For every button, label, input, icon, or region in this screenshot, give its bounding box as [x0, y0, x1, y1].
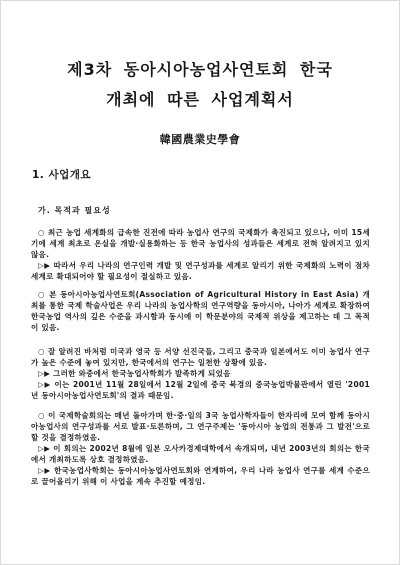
organization-name: 韓國農業史學會	[1, 131, 399, 147]
subsection-heading: 가. 목적과 필요성	[38, 205, 399, 216]
body-paragraph: ▷▶ 그러한 와중에서 한국농업사학회가 발족하게 되었음	[31, 368, 370, 379]
body-text: ○ 최근 농업 세계화의 급속한 진전에 따라 농업사 연구의 국제화가 촉진되…	[31, 227, 370, 487]
document-title: 제3차 동아시아농업사연토회 한국 개최에 따른 사업계획서	[1, 55, 399, 115]
document-title-line2: 개최에 따른 사업계획서	[1, 85, 399, 115]
document-title-line1: 제3차 동아시아농업사연토회 한국	[1, 55, 399, 85]
section-heading: 1. 사업개요	[32, 167, 399, 182]
document-page: 제3차 동아시아농업사연토회 한국 개최에 따른 사업계획서 韓國農業史學會 1…	[0, 0, 400, 565]
body-paragraph: ▷▶ 한국농업사학회는 동아시아농업사연토회와 연계하여, 우리 나라 농업사 …	[31, 465, 370, 487]
body-paragraph: ○ 잘 알려진 바처럼 미국과 영국 등 서양 선진국들, 그리고 중국과 일본…	[31, 346, 370, 368]
body-paragraph: ○ 최근 농업 세계화의 급속한 진전에 따라 농업사 연구의 국제화가 촉진되…	[31, 227, 370, 260]
body-paragraph: ○ 본 동아시아농업사연토회(Association of Agricultur…	[31, 289, 370, 333]
body-paragraph: ▷▶ 따라서 우리 나라의 연구인력 개발 및 연구성과를 세계로 알리기 위한…	[31, 260, 370, 282]
body-paragraph: ▷▶ 이는 2001년 11월 28일에서 12월 2일에 중국 북경의 중국농…	[31, 379, 370, 401]
body-paragraph: ▷▶ 이 회의는 2002년 8월에 일본 오사카경제대학에서 속개되며, 내년…	[31, 443, 370, 465]
body-paragraph: ○ 이 국제학술회의는 매년 돌아가며 한·중·일의 3국 농업사학자들이 한자…	[31, 410, 370, 443]
